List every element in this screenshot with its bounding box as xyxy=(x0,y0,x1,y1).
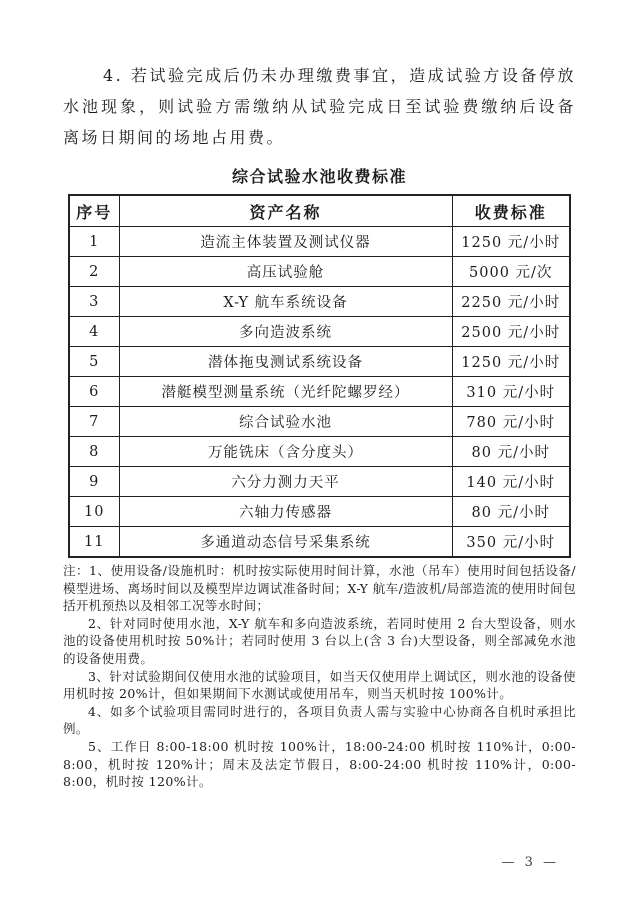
cell-asset-name: 万能铣床（含分度头） xyxy=(119,437,452,467)
cell-fee-standard: 80 元/小时 xyxy=(452,437,570,467)
table-row: 11多通道动态信号采集系统350 元/小时 xyxy=(69,527,570,558)
cell-index: 11 xyxy=(69,527,119,558)
cell-fee-standard: 780 元/小时 xyxy=(452,407,570,437)
cell-index: 1 xyxy=(69,227,119,257)
cell-fee-standard: 310 元/小时 xyxy=(452,377,570,407)
table-row: 5潜体拖曳测试系统设备1250 元/小时 xyxy=(69,347,570,377)
cell-index: 8 xyxy=(69,437,119,467)
cell-fee-standard: 140 元/小时 xyxy=(452,467,570,497)
header-row: 序号 资产名称 收费标准 xyxy=(69,195,570,227)
page-number: — 3 — xyxy=(501,855,559,870)
cell-asset-name: 六轴力传感器 xyxy=(119,497,452,527)
cell-index: 9 xyxy=(69,467,119,497)
table-title: 综合试验水池收费标准 xyxy=(63,164,576,187)
cell-index: 5 xyxy=(69,347,119,377)
cell-fee-standard: 80 元/小时 xyxy=(452,497,570,527)
header-asset-name: 资产名称 xyxy=(119,195,452,227)
table-row: 2高压试验舱5000 元/次 xyxy=(69,257,570,287)
fee-table-body: 1造流主体装置及测试仪器1250 元/小时2高压试验舱5000 元/次3X-Y … xyxy=(69,227,570,558)
table-row: 3X-Y 航车系统设备2250 元/小时 xyxy=(69,287,570,317)
page-content: 4. 若试验完成后仍未办理缴费事宜，造成试验方设备停放水池现象，则试验方需缴纳从… xyxy=(63,60,576,791)
table-row: 1造流主体装置及测试仪器1250 元/小时 xyxy=(69,227,570,257)
cell-fee-standard: 5000 元/次 xyxy=(452,257,570,287)
cell-asset-name: 潜艇模型测量系统（光纤陀螺罗经） xyxy=(119,377,452,407)
table-row: 10六轴力传感器80 元/小时 xyxy=(69,497,570,527)
cell-asset-name: 造流主体装置及测试仪器 xyxy=(119,227,452,257)
cell-fee-standard: 1250 元/小时 xyxy=(452,227,570,257)
fee-table: 序号 资产名称 收费标准 1造流主体装置及测试仪器1250 元/小时2高压试验舱… xyxy=(68,194,571,558)
cell-index: 3 xyxy=(69,287,119,317)
cell-fee-standard: 2500 元/小时 xyxy=(452,317,570,347)
table-row: 8万能铣床（含分度头）80 元/小时 xyxy=(69,437,570,467)
cell-fee-standard: 2250 元/小时 xyxy=(452,287,570,317)
table-row: 6潜艇模型测量系统（光纤陀螺罗经）310 元/小时 xyxy=(69,377,570,407)
cell-index: 7 xyxy=(69,407,119,437)
notes: 注：1、使用设备/设施机时：机时按实际使用时间计算，水池（吊车）使用时间包括设备… xyxy=(63,562,576,791)
cell-asset-name: 多向造波系统 xyxy=(119,317,452,347)
document-page: 4. 若试验完成后仍未办理缴费事宜，造成试验方设备停放水池现象，则试验方需缴纳从… xyxy=(0,0,639,904)
cell-fee-standard: 350 元/小时 xyxy=(452,527,570,558)
note-item: 2、针对同时使用水池，X-Y 航车和多向造波系统，若同时使用 2 台大型设备，则… xyxy=(63,615,576,668)
note-item: 4、如多个试验项目需同时进行的，各项目负责人需与实验中心协商各自机时承担比例。 xyxy=(63,703,576,738)
table-row: 7综合试验水池780 元/小时 xyxy=(69,407,570,437)
cell-asset-name: 六分力测力天平 xyxy=(119,467,452,497)
cell-asset-name: 潜体拖曳测试系统设备 xyxy=(119,347,452,377)
header-fee-standard: 收费标准 xyxy=(452,195,570,227)
cell-index: 2 xyxy=(69,257,119,287)
note-item: 5、工作日 8:00-18:00 机时按 100%计，18:00-24:00 机… xyxy=(63,738,576,791)
cell-asset-name: 高压试验舱 xyxy=(119,257,452,287)
cell-index: 4 xyxy=(69,317,119,347)
note-item: 注：1、使用设备/设施机时：机时按实际使用时间计算，水池（吊车）使用时间包括设备… xyxy=(63,562,576,615)
cell-asset-name: 多通道动态信号采集系统 xyxy=(119,527,452,558)
cell-index: 6 xyxy=(69,377,119,407)
fee-table-header: 序号 资产名称 收费标准 xyxy=(69,195,570,227)
header-index: 序号 xyxy=(69,195,119,227)
cell-asset-name: 综合试验水池 xyxy=(119,407,452,437)
table-row: 4多向造波系统2500 元/小时 xyxy=(69,317,570,347)
cell-fee-standard: 1250 元/小时 xyxy=(452,347,570,377)
table-row: 9六分力测力天平140 元/小时 xyxy=(69,467,570,497)
cell-index: 10 xyxy=(69,497,119,527)
body-paragraph: 4. 若试验完成后仍未办理缴费事宜，造成试验方设备停放水池现象，则试验方需缴纳从… xyxy=(63,60,576,153)
note-item: 3、针对试验期间仅使用水池的试验项目，如当天仅使用岸上调试区，则水池的设备使用机… xyxy=(63,668,576,703)
cell-asset-name: X-Y 航车系统设备 xyxy=(119,287,452,317)
